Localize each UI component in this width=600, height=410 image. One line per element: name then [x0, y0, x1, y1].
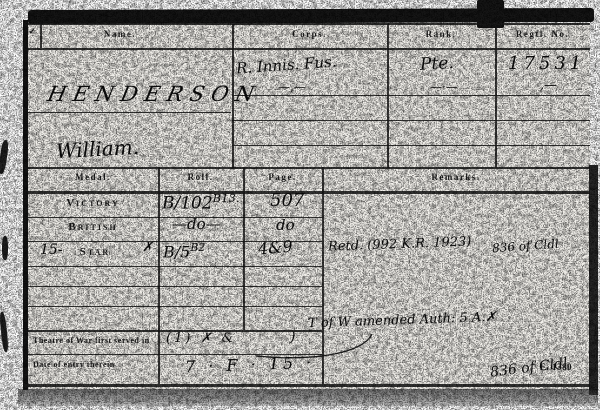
corps-ditto-mark: —,—: [278, 80, 306, 94]
roll-number: B/5: [163, 242, 190, 261]
rule-line: [232, 95, 590, 96]
name-header-label: Name.: [40, 29, 200, 39]
theatre-close-paren: ): [290, 329, 295, 345]
star-page-value: 4&9: [257, 237, 293, 259]
roll-suffix: B2: [190, 241, 205, 254]
rule-line: [232, 120, 590, 121]
corps-rank-divider: [387, 24, 389, 168]
medal-row-star-label: Star: [60, 246, 130, 258]
star-roll-value: B/5B2: [163, 241, 205, 261]
card-border-bottom: [24, 384, 590, 387]
page-column-label: Page.: [243, 172, 322, 182]
remarks-column-label: Remarks.: [322, 172, 590, 182]
roll-suffix: B13.: [213, 191, 240, 205]
rank-header-label: Rank.: [387, 29, 495, 39]
medal-index-card-scan: ✓ Name. Corps. Rank. Regtl. No. HENDERSO…: [0, 0, 600, 410]
scan-smudge: [2, 236, 8, 260]
check-mark: ✓: [27, 26, 39, 37]
surname-rule: [28, 112, 231, 113]
scan-bottom-edge: [18, 389, 598, 406]
rank-value: Pte.: [419, 53, 454, 75]
regtl-ditto-mark: ,—: [540, 78, 557, 93]
rule-line: [28, 266, 322, 267]
theatre-of-war-value: (1) ✗ &: [166, 331, 236, 346]
medal-column-label: Medal.: [28, 172, 158, 182]
regtl-no-value: 17531: [508, 53, 585, 74]
scan-smudge: [0, 140, 9, 175]
star-check-mark: ✗: [142, 240, 153, 255]
victory-roll-value: B/102B13.: [162, 191, 240, 214]
card-border-top: [28, 23, 590, 25]
scan-top-edge: [28, 8, 594, 24]
rank-ditto-mark: —·—: [430, 80, 458, 94]
surname-value: HENDERSON: [45, 82, 263, 106]
rule-line: [28, 306, 322, 307]
roll-column-label: Roll.: [158, 172, 243, 182]
scan-right-edge: [589, 165, 598, 395]
header-rule: [28, 48, 590, 50]
british-page-ditto: do: [276, 216, 295, 234]
roll-number: B/102: [162, 194, 213, 214]
corps-header-label: Corps.: [232, 29, 387, 39]
british-roll-ditto: —do—: [172, 215, 221, 233]
scan-smudge: [0, 312, 9, 352]
medal-roll-divider: [158, 167, 160, 384]
date-of-entry-label: Date of entry therein: [33, 360, 159, 369]
medal-row-british-label: British: [28, 221, 158, 233]
theatre-of-war-label: Theatre of War first served in: [33, 336, 159, 345]
rank-regtl-divider: [495, 24, 497, 168]
victory-page-value: 507: [270, 190, 304, 211]
medal-row-victory-label: Victory: [28, 197, 158, 209]
medal-header-rule: [28, 191, 590, 194]
rule-line: [28, 286, 322, 287]
section-rule: [28, 167, 590, 169]
rule-line: [232, 145, 590, 146]
regtl-header-label: Regtl. No.: [495, 29, 590, 39]
form-number: E. 1380: [540, 362, 585, 372]
forename-value: William.: [55, 135, 139, 163]
